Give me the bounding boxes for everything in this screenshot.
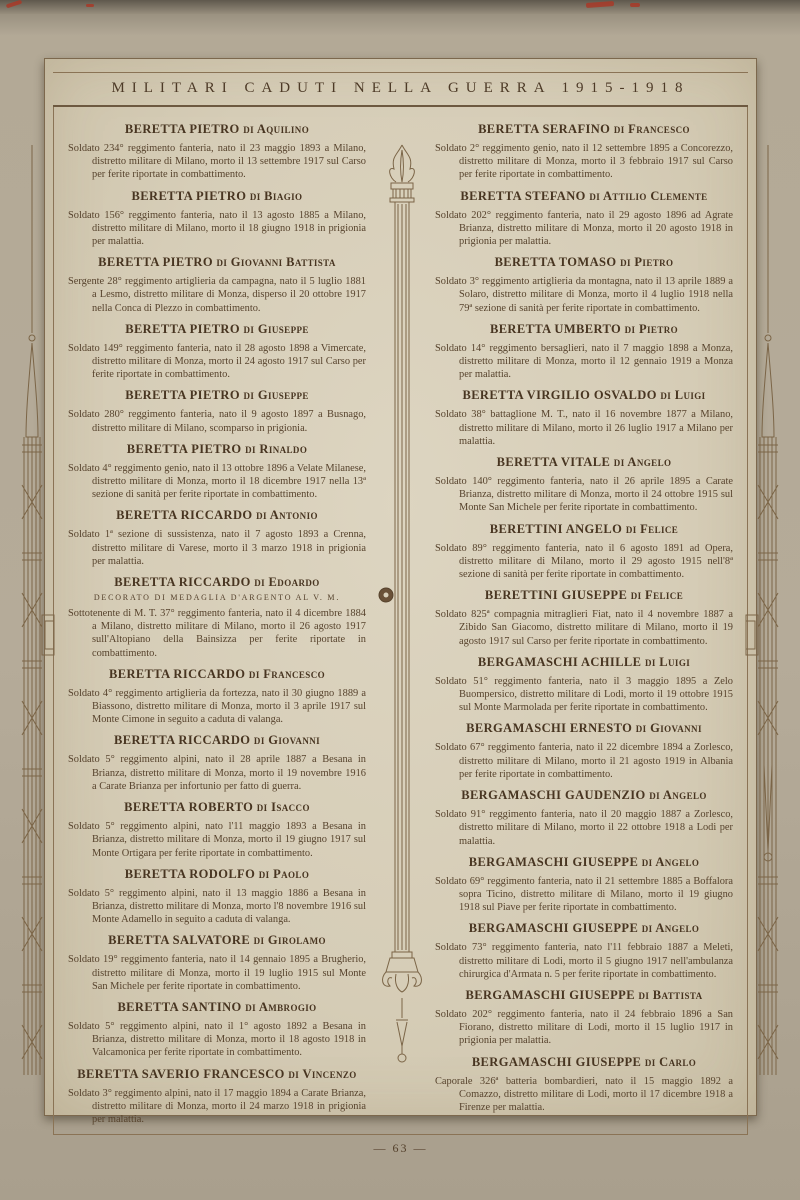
soldier-name: BERGAMASCHI ACHILLE	[478, 655, 642, 669]
left-column: BERETTA PIETRO di Aquilino Soldato 234° …	[68, 115, 366, 1130]
soldier-record: Soldato 69° reggimento fanteria, nato il…	[435, 875, 733, 915]
soldier-name-heading: BERETTA ROBERTO di Isacco	[68, 800, 366, 815]
soldier-patronymic: di Pietro	[620, 255, 673, 269]
soldier-name-heading: BERETTA TOMASO di Pietro	[435, 255, 733, 270]
soldier-entry: BERETTINI ANGELO di Felice Soldato 89° r…	[435, 522, 733, 582]
soldier-name-heading: BERETTA PIETRO di Giuseppe	[68, 388, 366, 403]
page-number: — 63 —	[374, 1141, 428, 1156]
soldier-name: BERETTA SANTINO	[117, 1000, 241, 1014]
soldier-record: Soldato 4° reggimento genio, nato il 13 …	[68, 462, 366, 502]
soldier-record: Soldato 38° battaglione M. T., nato il 1…	[435, 408, 733, 448]
soldier-name: BERETTA RICCARDO	[114, 575, 250, 589]
soldier-entry: BERETTA SANTINO di Ambrogio Soldato 5° r…	[68, 1000, 366, 1060]
soldier-record: Soldato 67° reggimento fanteria, nato il…	[435, 741, 733, 781]
red-ink-mark	[630, 3, 640, 7]
soldier-name-heading: BERGAMASCHI ACHILLE di Luigi	[435, 655, 733, 670]
soldier-name: BERETTA UMBERTO	[490, 322, 621, 336]
soldier-name-heading: BERETTA PIETRO di Biagio	[68, 189, 366, 204]
soldier-entry: BERGAMASCHI GAUDENZIO di Angelo Soldato …	[435, 788, 733, 848]
soldier-name: BERETTA PIETRO	[125, 388, 240, 402]
soldier-entry: BERGAMASCHI GIUSEPPE di Carlo Caporale 3…	[435, 1055, 733, 1115]
soldier-record: Soldato 5° reggimento alpini, nato l'11 …	[68, 820, 366, 860]
soldier-patronymic: di Francesco	[614, 122, 690, 136]
soldier-name-heading: BERGAMASCHI GIUSEPPE di Angelo	[435, 921, 733, 936]
soldier-record: Soldato 91° reggimento fanteria, nato il…	[435, 808, 733, 848]
soldier-entry: BERETTINI GIUSEPPE di Felice Soldato 825…	[435, 588, 733, 648]
soldier-patronymic: di Giuseppe	[244, 388, 309, 402]
soldier-entry: BERETTA ROBERTO di Isacco Soldato 5° reg…	[68, 800, 366, 860]
soldier-patronymic: di Pietro	[625, 322, 678, 336]
soldier-entry: BERGAMASCHI GIUSEPPE di Angelo Soldato 6…	[435, 855, 733, 915]
soldier-record: Soldato 5° reggimento alpini, nato il 1°…	[68, 1020, 366, 1060]
soldier-name: BERETTA VIRGILIO OSVALDO	[462, 388, 656, 402]
soldier-name-heading: BERGAMASCHI ERNESTO di Giovanni	[435, 721, 733, 736]
soldier-name-heading: BERGAMASCHI GAUDENZIO di Angelo	[435, 788, 733, 803]
soldier-patronymic: di Battista	[638, 988, 702, 1002]
soldier-name: BERETTA PIETRO	[125, 322, 240, 336]
soldier-entry: BERETTA STEFANO di Attilio Clemente Sold…	[435, 189, 733, 249]
soldier-entry: BERETTA RODOLFO di Paolo Soldato 5° regg…	[68, 867, 366, 927]
soldier-entry: BERETTA RICCARDO di Edoardo DECORATO DI …	[68, 575, 366, 660]
soldier-patronymic: di Antonio	[256, 508, 318, 522]
soldier-entry: BERGAMASCHI GIUSEPPE di Battista Soldato…	[435, 988, 733, 1048]
page-header: MILITARI CADUTI NELLA GUERRA 1915-1918	[53, 72, 748, 107]
soldier-patronymic: di Angelo	[614, 455, 672, 469]
soldier-entry: BERETTA VITALE di Angelo Soldato 140° re…	[435, 455, 733, 515]
soldier-name: BERETTA PIETRO	[127, 442, 242, 456]
soldier-name: BERETTA TOMASO	[495, 255, 617, 269]
soldier-patronymic: di Carlo	[645, 1055, 696, 1069]
soldier-name-heading: BERETTA RICCARDO di Giovanni	[68, 733, 366, 748]
soldier-entry: BERETTA PIETRO di Rinaldo Soldato 4° reg…	[68, 442, 366, 502]
soldier-patronymic: di Francesco	[249, 667, 325, 681]
soldier-patronymic: di Vincenzo	[288, 1067, 356, 1081]
soldier-patronymic: di Giuseppe	[244, 322, 309, 336]
soldier-name-heading: BERETTA VITALE di Angelo	[435, 455, 733, 470]
soldier-name: BERGAMASCHI GIUSEPPE	[472, 1055, 641, 1069]
soldier-record: Soldato 4° reggimento artiglieria da for…	[68, 687, 366, 727]
soldier-patronymic: di Rinaldo	[245, 442, 307, 456]
soldier-entry: BERGAMASCHI ERNESTO di Giovanni Soldato …	[435, 721, 733, 781]
soldier-name: BERGAMASCHI GAUDENZIO	[461, 788, 645, 802]
soldier-record: Sergente 28° reggimento artiglieria da c…	[68, 275, 366, 315]
soldier-patronymic: di Giovanni	[636, 721, 702, 735]
soldier-record: Soldato 2° reggimento genio, nato il 12 …	[435, 142, 733, 182]
soldier-record: Soldato 140° reggimento fanteria, nato i…	[435, 475, 733, 515]
soldier-record: Caporale 326ª batteria bombardieri, nato…	[435, 1075, 733, 1115]
soldier-patronymic: di Attilio Clemente	[589, 189, 707, 203]
soldier-entry: BERETTA PIETRO di Giuseppe Soldato 149° …	[68, 322, 366, 382]
soldier-record: Soldato 5° reggimento alpini, nato il 28…	[68, 753, 366, 793]
soldier-record: Soldato 5° reggimento alpini, nato il 13…	[68, 887, 366, 927]
soldier-name: BERETTA SERAFINO	[478, 122, 610, 136]
soldier-record: Soldato 73° reggimento fanteria, nato l'…	[435, 941, 733, 981]
soldier-name: BERGAMASCHI GIUSEPPE	[469, 921, 638, 935]
soldier-entry: BERETTA VIRGILIO OSVALDO di Luigi Soldat…	[435, 388, 733, 448]
soldier-record: Soldato 19° reggimento fanteria, nato il…	[68, 953, 366, 993]
soldier-name-heading: BERETTA STEFANO di Attilio Clemente	[435, 189, 733, 204]
soldier-name-heading: BERETTA SERAFINO di Francesco	[435, 122, 733, 137]
soldier-entry: BERETTA RICCARDO di Francesco Soldato 4°…	[68, 667, 366, 727]
soldier-name-heading: BERGAMASCHI GIUSEPPE di Angelo	[435, 855, 733, 870]
book-page: MILITARI CADUTI NELLA GUERRA 1915-1918 B…	[44, 58, 757, 1116]
soldier-name: BERETTA PIETRO	[125, 122, 240, 136]
right-column: BERETTA SERAFINO di Francesco Soldato 2°…	[435, 115, 733, 1130]
soldier-entry: BERETTA RICCARDO di Antonio Soldato 1ª s…	[68, 508, 366, 568]
soldier-name-heading: BERGAMASCHI GIUSEPPE di Carlo	[435, 1055, 733, 1070]
soldier-patronymic: di Biagio	[250, 189, 303, 203]
soldier-patronymic: di Edoardo	[254, 575, 319, 589]
soldier-entry: BERETTA SAVERIO FRANCESCO di Vincenzo So…	[68, 1067, 366, 1127]
soldier-name: BERETTA SAVERIO FRANCESCO	[77, 1067, 285, 1081]
soldier-name: BERETTA RICCARDO	[116, 508, 252, 522]
soldier-name-heading: BERETTA RODOLFO di Paolo	[68, 867, 366, 882]
soldier-name-heading: BERETTA SALVATORE di Girolamo	[68, 933, 366, 948]
soldier-name-heading: BERETTA PIETRO di Rinaldo	[68, 442, 366, 457]
soldier-patronymic: di Luigi	[645, 655, 690, 669]
soldier-entry: BERETTA SALVATORE di Girolamo Soldato 19…	[68, 933, 366, 993]
soldier-record: Soldato 14° reggimento bersaglieri, nato…	[435, 342, 733, 382]
soldier-name: BERETTA PIETRO	[98, 255, 213, 269]
soldier-patronymic: di Isacco	[257, 800, 310, 814]
medal-citation: DECORATO DI MEDAGLIA D'ARGENTO AL V. M.	[68, 593, 366, 602]
soldier-patronymic: di Giovanni	[254, 733, 320, 747]
soldier-name-heading: BERETTINI ANGELO di Felice	[435, 522, 733, 537]
book-top-edge	[0, 0, 800, 14]
soldier-patronymic: di Giovanni Battista	[216, 255, 335, 269]
soldier-patronymic: di Felice	[631, 588, 683, 602]
soldier-record: Soldato 202° reggimento fanteria, nato i…	[435, 209, 733, 249]
soldier-name: BERETTA PIETRO	[132, 189, 247, 203]
soldier-entry: BERETTA PIETRO di Giovanni Battista Serg…	[68, 255, 366, 315]
soldier-entry: BERETTA PIETRO di Biagio Soldato 156° re…	[68, 189, 366, 249]
soldier-entry: BERGAMASCHI GIUSEPPE di Angelo Soldato 7…	[435, 921, 733, 981]
soldier-name: BERETTINI ANGELO	[490, 522, 622, 536]
soldier-name-heading: BERETTA SANTINO di Ambrogio	[68, 1000, 366, 1015]
soldier-name: BERGAMASCHI GIUSEPPE	[465, 988, 634, 1002]
soldier-name-heading: BERETTA PIETRO di Giuseppe	[68, 322, 366, 337]
soldier-patronymic: di Ambrogio	[245, 1000, 316, 1014]
soldier-entry: BERETTA PIETRO di Giuseppe Soldato 280° …	[68, 388, 366, 434]
soldier-name-heading: BERETTA UMBERTO di Pietro	[435, 322, 733, 337]
soldier-record: Soldato 156° reggimento fanteria, nato i…	[68, 209, 366, 249]
soldier-record: Soldato 51° reggimento fanteria, nato il…	[435, 675, 733, 715]
soldier-entry: BERETTA SERAFINO di Francesco Soldato 2°…	[435, 122, 733, 182]
soldier-patronymic: di Felice	[626, 522, 678, 536]
soldier-name-heading: BERETTA VIRGILIO OSVALDO di Luigi	[435, 388, 733, 403]
soldier-name: BERETTA SALVATORE	[108, 933, 250, 947]
soldier-name: BERETTA ROBERTO	[124, 800, 253, 814]
soldier-entry: BERETTA RICCARDO di Giovanni Soldato 5° …	[68, 733, 366, 793]
soldier-record: Soldato 825ª compagnia mitraglieri Fiat,…	[435, 608, 733, 648]
soldier-patronymic: di Luigi	[660, 388, 705, 402]
soldier-record: Soldato 89° reggimento fanteria, nato il…	[435, 542, 733, 582]
page-footer: — 63 —	[45, 1135, 756, 1161]
soldier-name: BERETTA VITALE	[497, 455, 611, 469]
soldier-patronymic: di Aquilino	[243, 122, 309, 136]
soldier-name-heading: BERETTA SAVERIO FRANCESCO di Vincenzo	[68, 1067, 366, 1082]
soldier-record: Soldato 3° reggimento alpini, nato il 17…	[68, 1087, 366, 1127]
soldier-name-heading: BERETTA RICCARDO di Edoardo	[68, 575, 366, 590]
soldier-patronymic: di Girolamo	[254, 933, 326, 947]
soldier-record: Soldato 3° reggimento artiglieria da mon…	[435, 275, 733, 315]
soldier-record: Sottotenente di M. T. 37° reggimento fan…	[68, 607, 366, 660]
soldier-record: Soldato 234° reggimento fanteria, nato i…	[68, 142, 366, 182]
soldier-name-heading: BERETTA PIETRO di Aquilino	[68, 122, 366, 137]
soldier-patronymic: di Angelo	[642, 855, 700, 869]
soldier-name: BERETTA RICCARDO	[109, 667, 245, 681]
soldier-name-heading: BERGAMASCHI GIUSEPPE di Battista	[435, 988, 733, 1003]
soldier-patronymic: di Angelo	[642, 921, 700, 935]
soldier-name-heading: BERETTA RICCARDO di Francesco	[68, 667, 366, 682]
soldier-name: BERGAMASCHI ERNESTO	[466, 721, 632, 735]
soldier-name-heading: BERETTINI GIUSEPPE di Felice	[435, 588, 733, 603]
soldier-entry: BERETTA PIETRO di Aquilino Soldato 234° …	[68, 122, 366, 182]
soldier-patronymic: di Angelo	[649, 788, 707, 802]
soldier-record: Soldato 1ª sezione di sussistenza, nato …	[68, 528, 366, 568]
soldier-record: Soldato 280° reggimento fanteria, nato i…	[68, 408, 366, 434]
soldier-name: BERETTINI GIUSEPPE	[485, 588, 627, 602]
page-content: BERETTA PIETRO di Aquilino Soldato 234° …	[53, 107, 748, 1135]
soldier-entry: BERGAMASCHI ACHILLE di Luigi Soldato 51°…	[435, 655, 733, 715]
red-ink-mark	[86, 4, 94, 7]
soldier-record: Soldato 149° reggimento fanteria, nato i…	[68, 342, 366, 382]
soldier-entry: BERETTA TOMASO di Pietro Soldato 3° regg…	[435, 255, 733, 315]
soldier-name: BERGAMASCHI GIUSEPPE	[469, 855, 638, 869]
soldier-record: Soldato 202° reggimento fanteria, nato i…	[435, 1008, 733, 1048]
soldier-entry: BERETTA UMBERTO di Pietro Soldato 14° re…	[435, 322, 733, 382]
soldier-name: BERETTA RODOLFO	[125, 867, 255, 881]
soldier-name-heading: BERETTA RICCARDO di Antonio	[68, 508, 366, 523]
soldier-name-heading: BERETTA PIETRO di Giovanni Battista	[68, 255, 366, 270]
soldier-name: BERETTA RICCARDO	[114, 733, 250, 747]
page-title: MILITARI CADUTI NELLA GUERRA 1915-1918	[53, 80, 748, 97]
soldier-name: BERETTA STEFANO	[460, 189, 585, 203]
soldier-patronymic: di Paolo	[259, 867, 309, 881]
